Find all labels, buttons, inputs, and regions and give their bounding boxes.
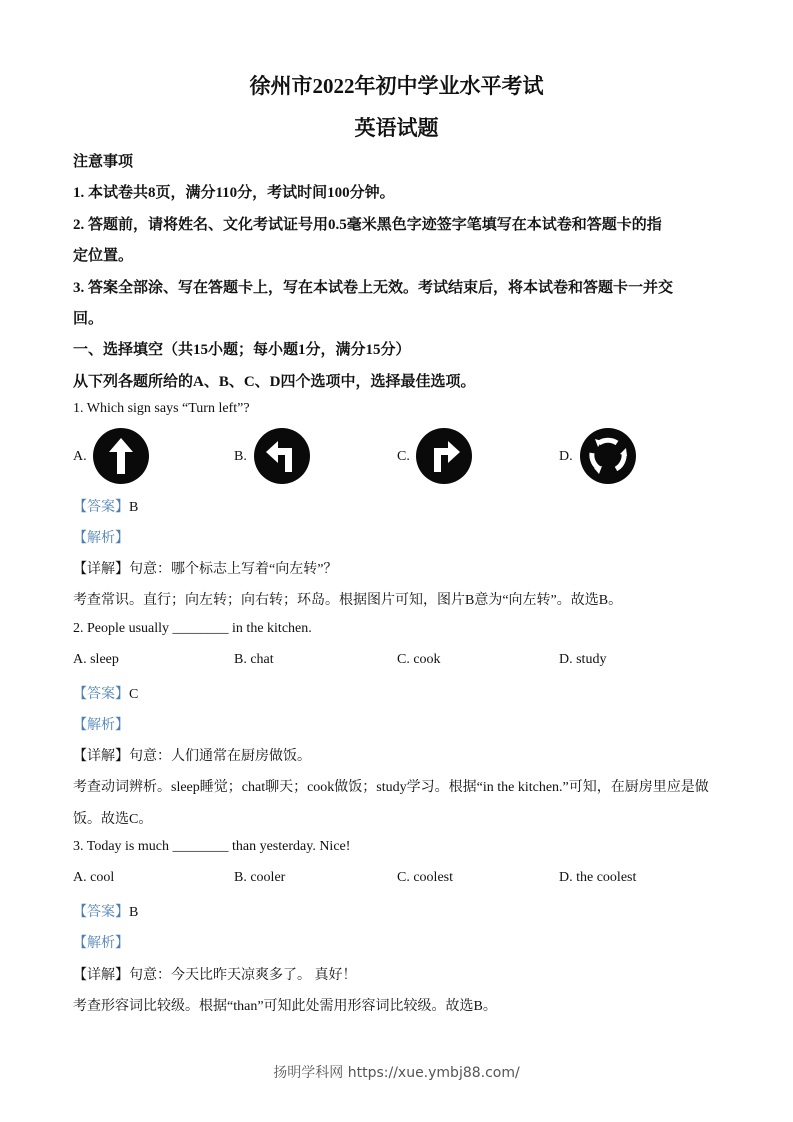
notice-item-1: 1. 本试卷共8页，满分110分，考试时间100分钟。 [73,181,395,202]
q3-answer: 【答案】B [73,901,138,921]
q1-detail: 【详解】句意：哪个标志上写着“向左转”？ [73,558,337,578]
footer-watermark: 扬明学科网 https://xue.ymbj88.com/ [0,1062,793,1082]
q2-option-d: D. study [559,652,606,668]
detail-text: 句意：哪个标志上写着“向左转”？ [129,562,337,577]
q2-detail: 【详解】句意：人们通常在厨房做饭。 [73,745,311,765]
section-instruction: 从下列各题所给的A、B、C、D四个选项中，选择最佳选项。 [73,370,476,391]
q2-explanation-line-1: 考查动词辨析。sleep睡觉；chat聊天；cook做饭；study学习。根据“… [73,776,709,796]
q2-option-b: B. chat [234,652,274,668]
question-2-stem: 2. People usually ________ in the kitche… [73,621,312,637]
roundabout-sign-icon [580,428,636,484]
answer-tag: 【答案】 [73,500,129,515]
notice-item-2: 2. 答题前，请将姓名、文化考试证号用0.5毫米黑色字迹签字笔填写在本试卷和答题… [73,213,662,234]
turn-right-sign-icon [416,428,472,484]
answer-value: B [129,905,138,920]
exam-subtitle: 英语试题 [0,112,793,142]
q3-detail: 【详解】句意：今天比昨天凉爽多了。 真好！ [73,964,357,984]
detail-text: 句意：人们通常在厨房做饭。 [129,749,311,764]
section-title: 一、选择填空（共15小题；每小题1分，满分15分） [73,338,411,359]
notice-heading: 注意事项 [73,150,133,171]
detail-text: 句意：今天比昨天凉爽多了。 真好！ [129,968,357,983]
q1-option-a-label: A. [73,449,87,465]
q1-explanation: 考查常识。直行；向左转；向右转；环岛。根据图片可知，图片B意为“向左转”。故选B… [73,589,622,609]
q2-option-c: C. cook [397,652,441,668]
q2-explanation-line-2: 饭。故选C。 [73,808,152,828]
q2-answer: 【答案】C [73,683,138,703]
q3-option-d: D. the coolest [559,870,636,886]
answer-tag: 【答案】 [73,687,129,702]
exam-title: 徐州市2022年初中学业水平考试 [0,70,793,100]
q3-analysis-tag: 【解析】 [73,932,129,952]
q3-option-b: B. cooler [234,870,285,886]
notice-item-3: 3. 答案全部涂、写在答题卡上，写在本试卷上无效。考试结束后，将本试卷和答题卡一… [73,276,673,297]
turn-left-sign-icon [254,428,310,484]
q1-option-b-label: B. [234,449,247,465]
detail-tag: 【详解】 [73,562,129,577]
detail-tag: 【详解】 [73,968,129,983]
q1-answer: 【答案】B [73,496,138,516]
q1-option-d-label: D. [559,449,573,465]
answer-value: B [129,500,138,515]
q1-option-c-label: C. [397,449,410,465]
answer-value: C [129,687,138,702]
q3-option-c: C. coolest [397,870,453,886]
detail-tag: 【详解】 [73,749,129,764]
q2-analysis-tag: 【解析】 [73,714,129,734]
q2-option-a: A. sleep [73,652,119,668]
exam-page: 徐州市2022年初中学业水平考试 英语试题 注意事项 1. 本试卷共8页，满分1… [0,0,793,1122]
q3-option-a: A. cool [73,870,114,886]
notice-item-3-cont: 回。 [73,307,103,328]
notice-item-2-cont: 定位置。 [73,244,133,265]
q3-explanation: 考查形容词比较级。根据“than”可知此处需用形容词比较级。故选B。 [73,995,497,1015]
q1-analysis-tag: 【解析】 [73,527,129,547]
question-1-stem: 1. Which sign says “Turn left”? [73,401,250,417]
answer-tag: 【答案】 [73,905,129,920]
straight-ahead-sign-icon [93,428,149,484]
question-3-stem: 3. Today is much ________ than yesterday… [73,839,350,855]
